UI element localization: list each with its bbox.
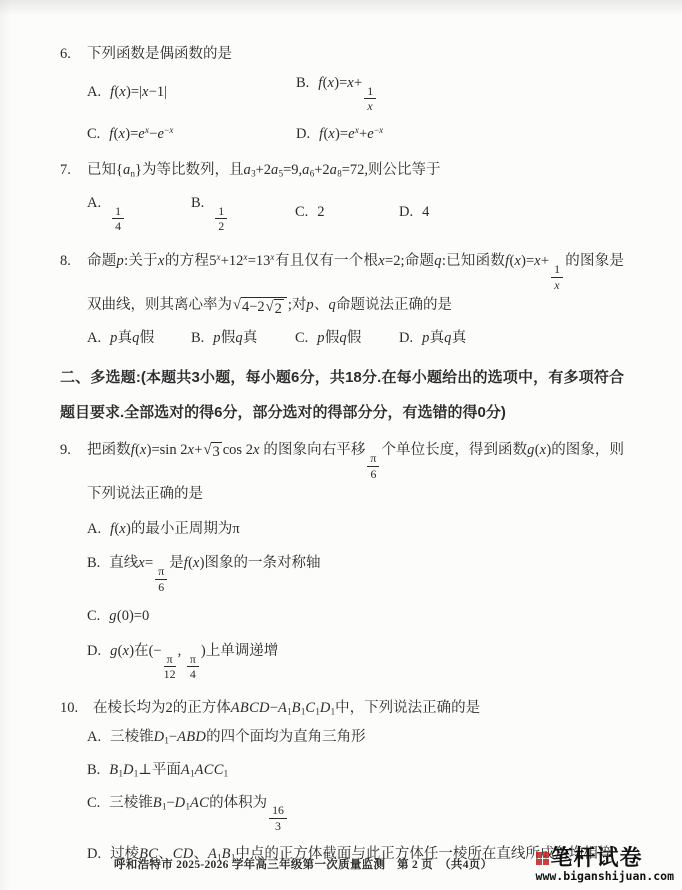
option-text: 三棱锥D1−ABD的四个面均为直角三角形 [110,727,624,749]
option-label: D. [296,124,310,146]
question-6: 6.下列函数是偶函数的是A.f(x)=|x−1|B.f(x)=x+1xC.f(x… [60,40,624,146]
option-text: p真q真 [422,328,624,350]
option-text: 4 [422,202,624,224]
question-8-stem: 命题p:关于x的方程5x+12x=13x有且仅有一个根x=2;命题q:已知函数f… [87,247,624,319]
option-text: p真q假 [110,328,191,350]
question-7-option-A: A.14 [87,193,191,233]
watermark-brand-row: 笔杆试卷 [536,847,674,869]
option-label: C. [295,202,308,224]
question-7: 7.已知{an}为等比数列，且a3+2a5=9,a6+2a8=72,则公比等于A… [60,156,624,233]
question-7-number: 7. [60,156,87,184]
question-8-number: 8. [60,247,87,319]
option-text: f(x)=x+1x [318,73,624,113]
question-7-options: A.14B.12C.2D.4 [87,193,624,233]
option-text: f(x)=ex+e−x [319,124,624,146]
question-10: 10.在棱长均为2的正方体ABCD−A1B1C1D1中，下列说法正确的是A.三棱… [60,694,624,866]
question-6-options: A.f(x)=|x−1|B.f(x)=x+1xC.f(x)=ex−e−xD.f(… [87,73,624,146]
option-label: B. [191,328,204,350]
question-6-option-A: A.f(x)=|x−1| [87,82,296,104]
option-label: D. [87,844,101,866]
option-label: A. [87,328,101,350]
question-10-option-C: C.三棱锥B1−D1AC的体积为163 [87,793,624,833]
question-7-stem: 已知{an}为等比数列，且a3+2a5=9,a6+2a8=72,则公比等于 [87,156,624,184]
option-text: 直线x=π6是f(x)图象的一条对称轴 [109,553,624,593]
question-8-options: A.p真q假B.p假q真C.p假q假D.p真q真 [87,328,624,350]
option-text: 2 [317,202,399,224]
question-9-option-D: D.g(x)在(−π12, π4)上单调递增 [87,641,624,681]
page-content: 6.下列函数是偶函数的是A.f(x)=|x−1|B.f(x)=x+1xC.f(x… [60,40,624,877]
question-7-option-C: C.2 [295,202,399,224]
option-text: f(x)=|x−1| [110,82,296,104]
question-10-option-B: B.B1D1⊥平面A1ACC1 [87,760,624,782]
question-9-stem: 把函数f(x)=sin 2x+√3cos 2x 的图象向右平移π6个单位长度，得… [87,436,624,508]
option-text: 三棱锥B1−D1AC的体积为163 [109,793,624,833]
question-7-option-D: D.4 [399,202,624,224]
question-9-number: 9. [60,436,87,508]
question-6-option-B: B.f(x)=x+1x [296,73,624,113]
option-label: C. [87,606,100,628]
question-6-stem: 下列函数是偶函数的是 [87,40,624,68]
question-8-option-C: C.p假q假 [295,328,399,350]
option-text: 14 [110,193,191,233]
question-8: 8.命题p:关于x的方程5x+12x=13x有且仅有一个根x=2;命题q:已知函… [60,247,624,349]
single-choice-questions: 6.下列函数是偶函数的是A.f(x)=|x−1|B.f(x)=x+1xC.f(x… [60,40,624,349]
question-10-options: A.三棱锥D1−ABD的四个面均为直角三角形B.B1D1⊥平面A1ACC1C.三… [87,727,624,865]
question-9-option-B: B.直线x=π6是f(x)图象的一条对称轴 [87,553,624,593]
option-text: f(x)=ex−e−x [109,124,296,146]
option-text: p假q假 [317,328,399,350]
option-label: B. [296,73,309,95]
option-label: D. [399,328,413,350]
watermark: 笔杆试卷 www.biganshijuan.com [536,847,674,884]
option-text: g(0)=0 [109,606,624,628]
option-text: 12 [213,193,295,233]
option-text: f(x)的最小正周期为π [110,519,624,541]
option-text: p假q真 [213,328,295,350]
option-label: D. [399,202,413,224]
page-footer: 呼和浩特市 2025-2026 学年高三年级第一次质量监测 第 2 页 （共4页… [114,856,492,872]
question-6-option-D: D.f(x)=ex+e−x [296,124,624,146]
option-label: A. [87,727,101,749]
question-10-option-A: A.三棱锥D1−ABD的四个面均为直角三角形 [87,727,624,749]
option-label: B. [191,193,204,215]
question-7-option-B: B.12 [191,193,295,233]
multi-choice-section-header: 二、多选题:(本题共3小题，每小题6分，共18分.在每小题给出的选项中，有多项符… [60,361,624,430]
question-9-option-A: A.f(x)的最小正周期为π [87,519,624,541]
question-6-number: 6. [60,40,87,68]
red-stamp-icon [536,852,549,865]
option-label: A. [87,82,101,104]
question-9-option-C: C.g(0)=0 [87,606,624,628]
option-label: C. [295,328,308,350]
question-8-option-A: A.p真q假 [87,328,191,350]
option-label: B. [87,760,100,782]
option-label: C. [87,793,100,815]
question-8-option-B: B.p假q真 [191,328,295,350]
question-9-options: A.f(x)的最小正周期为πB.直线x=π6是f(x)图象的一条对称轴C.g(0… [87,519,624,682]
option-text: g(x)在(−π12, π4)上单调递增 [110,641,624,681]
multi-choice-questions: 9.把函数f(x)=sin 2x+√3cos 2x 的图象向右平移π6个单位长度… [60,436,624,865]
option-label: A. [87,193,101,215]
watermark-brand: 笔杆试卷 [551,847,643,869]
question-8-option-D: D.p真q真 [399,328,624,350]
option-label: A. [87,519,101,541]
question-10-number: 10. [60,694,93,722]
question-9: 9.把函数f(x)=sin 2x+√3cos 2x 的图象向右平移π6个单位长度… [60,436,624,681]
option-label: D. [87,641,101,663]
option-label: C. [87,124,100,146]
question-10-stem: 在棱长均为2的正方体ABCD−A1B1C1D1中，下列说法正确的是 [93,694,624,722]
exam-paper-page: 6.下列函数是偶函数的是A.f(x)=|x−1|B.f(x)=x+1xC.f(x… [0,0,682,890]
watermark-url: www.biganshijuan.com [536,869,674,884]
option-label: B. [87,553,100,575]
option-text: B1D1⊥平面A1ACC1 [109,760,624,782]
question-6-option-C: C.f(x)=ex−e−x [87,124,296,146]
